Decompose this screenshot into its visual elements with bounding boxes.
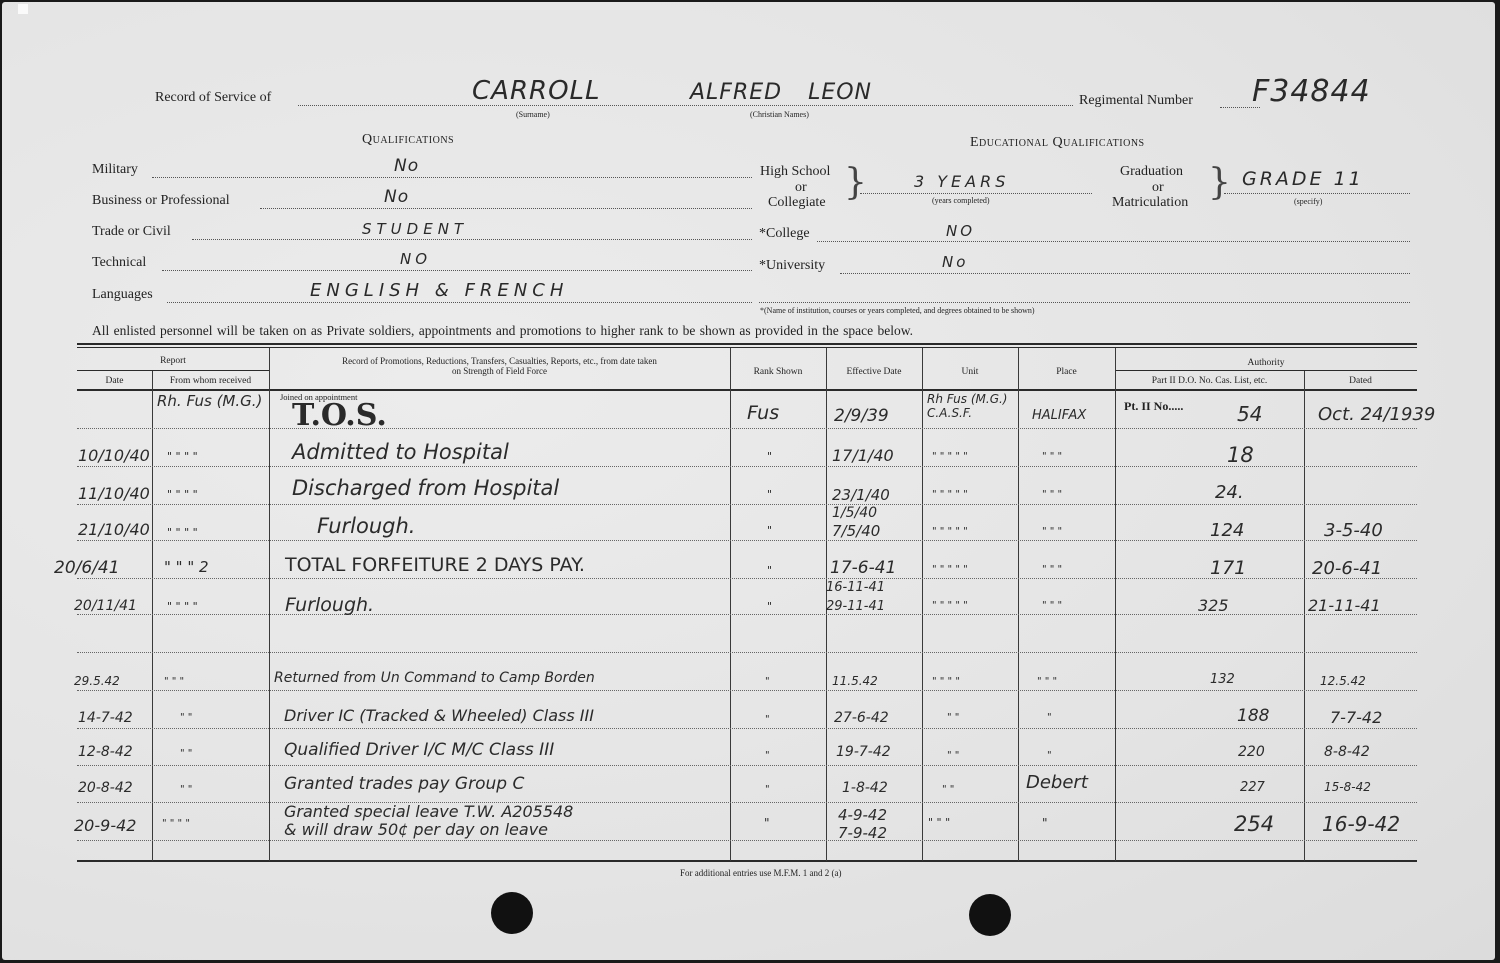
- header-report: Report: [77, 356, 269, 366]
- business-value: No: [384, 187, 409, 207]
- technical-value: NO: [400, 250, 431, 268]
- regimental-number-label: Regimental Number: [1079, 93, 1193, 109]
- christian-names-caption: (Christian Names): [750, 110, 809, 119]
- brace-icon: }: [1208, 162, 1231, 203]
- christian-names-value: ALFRED LEON: [690, 80, 872, 105]
- educational-footnote: *(Name of institution, courses or years …: [760, 306, 1035, 315]
- footer-note: For additional entries use M.F.M. 1 and …: [680, 868, 842, 878]
- header-record-2: on Strength of Field Force: [269, 366, 730, 376]
- tos-from-whom: Rh. Fus (M.G.): [157, 394, 267, 409]
- surname-caption: (Surname): [516, 110, 550, 119]
- header-unit: Unit: [922, 367, 1018, 377]
- regimental-number-value: F34844: [1252, 74, 1371, 109]
- university-value: No: [942, 253, 968, 271]
- educational-qualifications-title: Educational Qualifications: [970, 135, 1145, 151]
- graduation-value: GRADE 11: [1242, 168, 1364, 190]
- military-value: No: [394, 156, 419, 176]
- record-of-service-label: Record of Service of: [155, 90, 271, 106]
- header-date: Date: [77, 376, 152, 386]
- scan-corner-mark: [18, 4, 28, 14]
- header-dated: Dated: [1304, 376, 1417, 386]
- surname-value: CARROLL: [472, 76, 601, 106]
- service-record-card: Record of Service of CARROLL (Surname) A…: [2, 2, 1495, 960]
- header-rank: Rank Shown: [730, 367, 826, 377]
- punch-hole-left: [491, 892, 533, 934]
- header-effective-date: Effective Date: [826, 367, 922, 377]
- trade-value: STUDENT: [362, 220, 468, 238]
- header-record: Record of Promotions, Reductions, Transf…: [269, 356, 730, 366]
- header-place: Place: [1018, 367, 1115, 377]
- languages-value: ENGLISH & FRENCH: [310, 280, 568, 301]
- college-value: NO: [946, 222, 975, 240]
- header-dotted-line: [298, 105, 1073, 106]
- header-part2: Part II D.O. No. Cas. List, etc.: [1115, 376, 1304, 386]
- header-from-whom: From whom received: [152, 376, 269, 386]
- qualifications-title: Qualifications: [362, 132, 454, 148]
- punch-hole-right: [969, 894, 1011, 936]
- header-authority: Authority: [1115, 358, 1417, 368]
- brace-icon: }: [844, 162, 867, 203]
- high-school-value: 3 YEARS: [914, 172, 1009, 191]
- educational-blank-line: [759, 302, 1410, 303]
- tos-stamp: T.O.S.: [292, 398, 387, 433]
- enlistment-notice: All enlisted personnel will be taken on …: [92, 323, 913, 339]
